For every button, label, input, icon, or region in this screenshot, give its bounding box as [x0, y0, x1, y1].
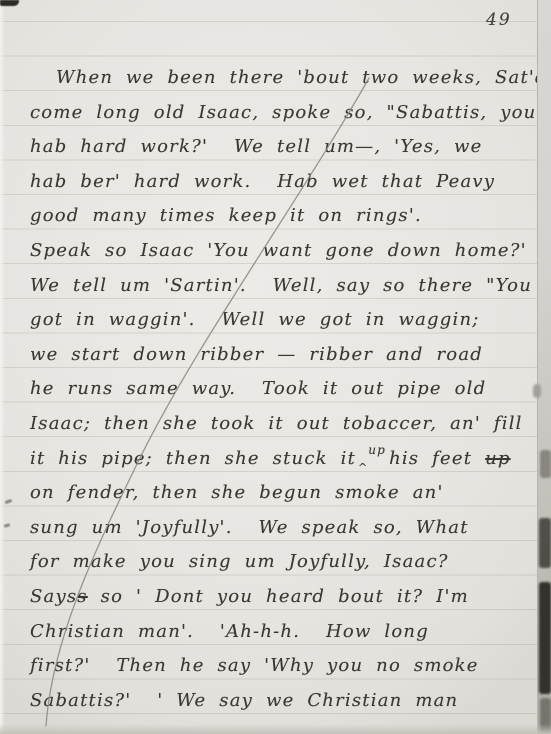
manuscript-line: Christian man'. 'Ah-h-h. How long — [30, 615, 533, 650]
manuscript-text: sung um 'Joyfully'. We speak so, What — [30, 517, 469, 538]
manuscript-text: come long old Isaac, spoke so, "Sabattis… — [30, 102, 536, 123]
pencil-mark — [5, 499, 13, 504]
manuscript-line: Sayss so ' Dont you heard bout it? I'm — [30, 580, 533, 615]
manuscript-line: on fender, then she begun smoke an' — [30, 476, 533, 511]
manuscript-text: he runs same way. Took it out pipe old — [30, 378, 486, 399]
manuscript-line: We tell um 'Sartin'. Well, say so there … — [30, 269, 533, 304]
manuscript-text: Christian man'. 'Ah-h-h. How long — [30, 621, 429, 642]
edge-blotch — [539, 518, 551, 568]
manuscript-text: hab ber' hard work. Hab wet that Peavy — [30, 171, 495, 192]
manuscript-text: for make you sing um Joyfully, Isaac? — [30, 551, 449, 572]
manuscript-line: we start down ribber — ribber and road — [30, 338, 533, 373]
manuscript-text: Sabattis?' ' We say we Christian man — [30, 690, 458, 711]
manuscript-insert: up — [368, 443, 386, 457]
manuscript-text: it his pipe; then she stuck it — [30, 448, 356, 469]
edge-blotch — [540, 450, 551, 478]
page-number: 49 — [486, 10, 512, 30]
manuscript-text: we start down ribber — ribber and road — [30, 344, 483, 365]
manuscript-text: Says — [30, 586, 77, 607]
notebook-page: 49 When we been there 'bout two weeks, S… — [0, 0, 551, 734]
manuscript-line: sung um 'Joyfully'. We speak so, What — [30, 511, 533, 546]
manuscript-text: so ' Dont you heard bout it? I'm — [88, 586, 469, 607]
edge-smudge — [533, 384, 541, 398]
manuscript-text: on fender, then she begun smoke an' — [30, 482, 444, 503]
manuscript-line: hab hard work?' We tell um—, 'Yes, we — [30, 130, 533, 165]
page-bottom-edge — [0, 724, 551, 734]
page-left-edge — [0, 0, 5, 734]
page-edge — [537, 0, 551, 734]
manuscript-struck: s — [77, 586, 87, 607]
manuscript-text: his feet — [389, 448, 485, 469]
manuscript-line: Sabattis?' ' We say we Christian man — [30, 684, 533, 719]
manuscript-line: he runs same way. Took it out pipe old — [30, 372, 533, 407]
manuscript-line: good many times keep it on rings'. — [30, 199, 533, 234]
manuscript-line: come long old Isaac, spoke so, "Sabattis… — [30, 96, 533, 131]
manuscript-line: got in waggin'. Well we got in waggin; — [30, 303, 533, 338]
ink-smudge — [0, 0, 19, 6]
manuscript-text: good many times keep it on rings'. — [30, 205, 422, 226]
manuscript-lines: When we been there 'bout two weeks, Sat'… — [30, 61, 533, 718]
manuscript-line: Isaac; then she took it out tobaccer, an… — [30, 407, 533, 442]
manuscript-text: Isaac; then she took it out tobaccer, an… — [30, 413, 523, 434]
manuscript-line: Speak so Isaac 'You want gone down home?… — [30, 234, 533, 269]
manuscript-line: first?' Then he say 'Why you no smoke — [30, 649, 533, 684]
manuscript-text: We tell um 'Sartin'. Well, say so there … — [30, 275, 532, 296]
pencil-mark — [4, 523, 11, 527]
manuscript-caret: ^ — [358, 461, 367, 474]
manuscript-text: got in waggin'. Well we got in waggin; — [30, 309, 480, 330]
manuscript-line: When we been there 'bout two weeks, Sat'… — [30, 61, 533, 96]
manuscript-line: for make you sing um Joyfully, Isaac? — [30, 545, 533, 580]
edge-blotch — [539, 582, 551, 694]
manuscript-text: When we been there 'bout two weeks, Sat'… — [56, 67, 551, 88]
manuscript-struck: up — [485, 448, 511, 469]
manuscript-text: first?' Then he say 'Why you no smoke — [30, 655, 479, 676]
manuscript-line: it his pipe; then she stuck it^uphis fee… — [30, 442, 533, 477]
manuscript-line: hab ber' hard work. Hab wet that Peavy — [30, 165, 533, 200]
manuscript-text: Speak so Isaac 'You want gone down home?… — [30, 240, 527, 261]
manuscript-text: hab hard work?' We tell um—, 'Yes, we — [30, 136, 482, 157]
